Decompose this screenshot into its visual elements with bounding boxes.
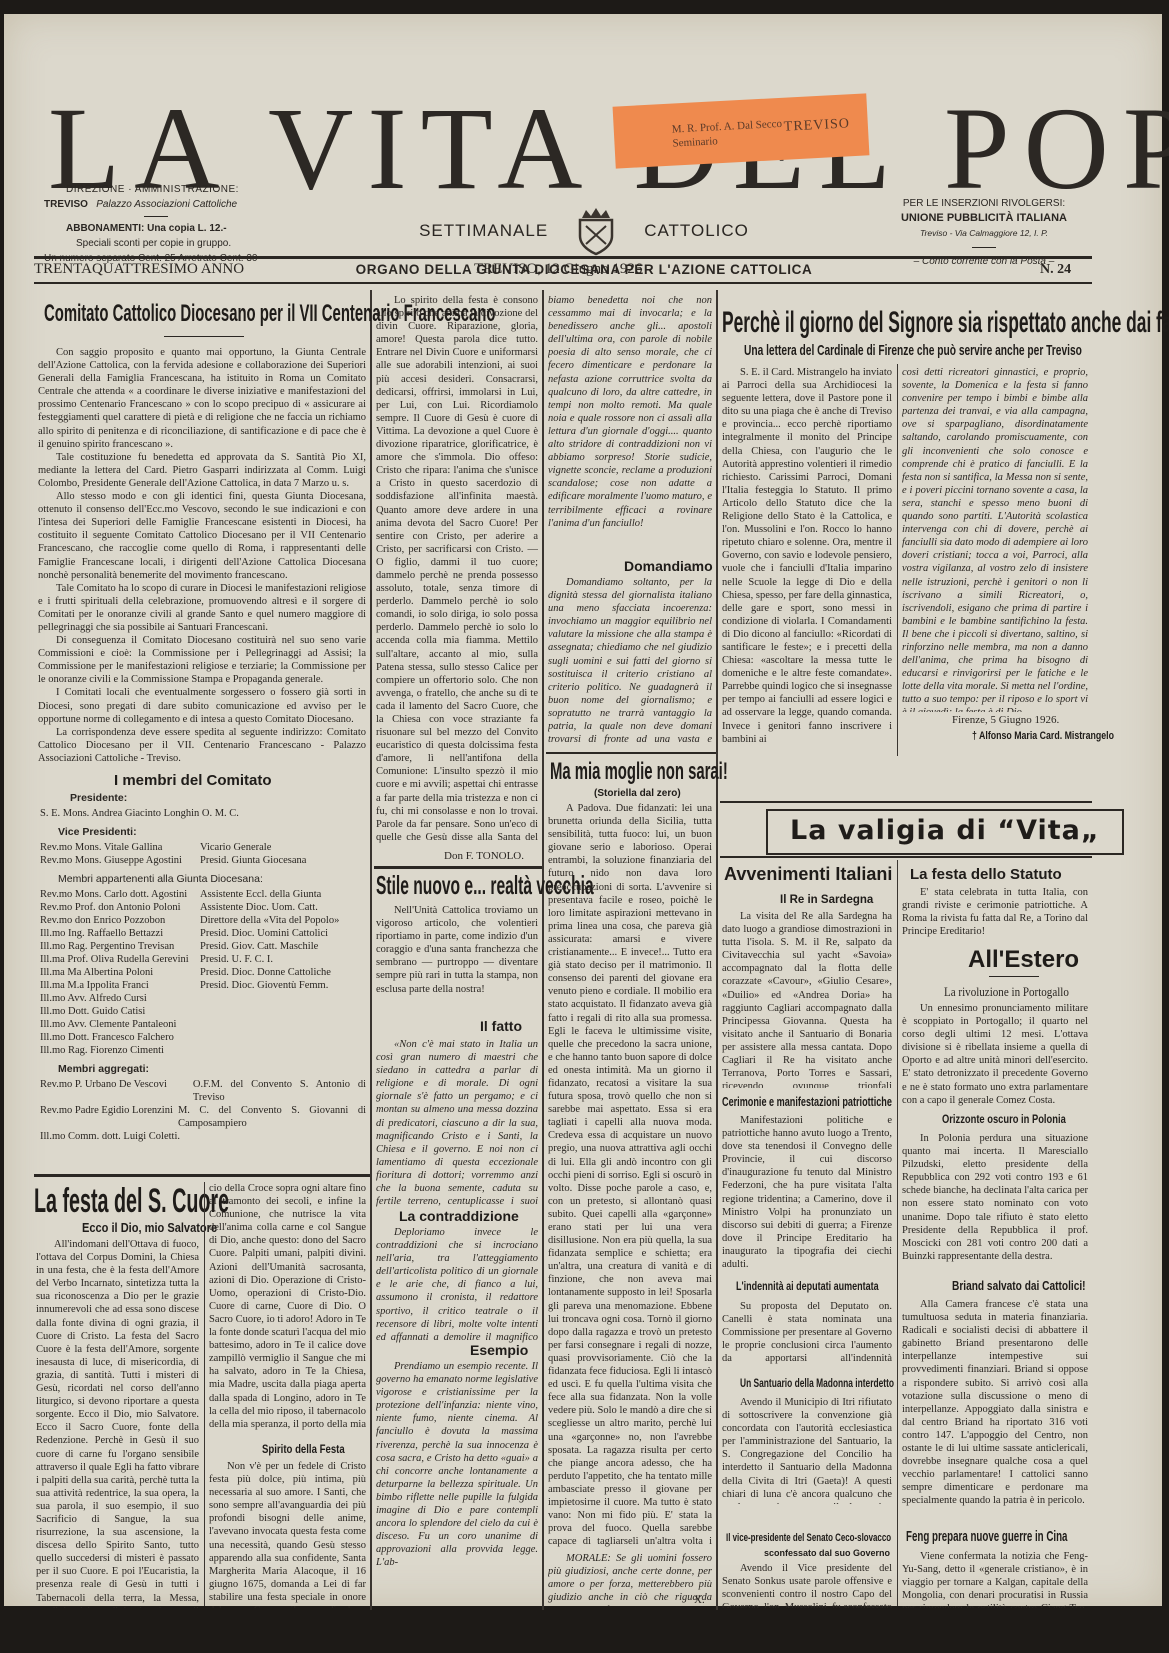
- paragraph: Nell'Unità Cattolica troviamo un vigoros…: [376, 904, 538, 996]
- spirito-body: Non v'è per un fedele di Cristo festa pi…: [209, 1460, 366, 1608]
- member-name: Ill.ma Ma Albertina Poloni: [40, 966, 200, 979]
- valigia-title: La valigia di “Vita„: [790, 815, 1100, 846]
- subtitle-settimanale: SETTIMANALE: [419, 221, 548, 241]
- giorno-signore-col1: S. E. il Card. Mistrangelo ha inviato ai…: [722, 366, 892, 756]
- member-role: Presid. Dioc. Uomini Cattolici: [200, 927, 328, 940]
- issue-date: TREVISO, 12 Giugno 1926: [474, 261, 642, 278]
- contraddizione-title: La contraddizione: [399, 1208, 519, 1224]
- direzione-city: TREVISO: [44, 199, 88, 210]
- paragraph: Lo spirito della festa è consono allo sp…: [376, 294, 538, 844]
- indennita-body: Su proposta del Deputato on. Canelli è s…: [722, 1300, 892, 1366]
- column-rule: [716, 290, 718, 1610]
- column-rule: [204, 1182, 205, 1606]
- re-body: La visita del Re alla Sardegna ha dato l…: [722, 910, 892, 1088]
- member-role: O.F.M. del Convento S. Antonio di Trevis…: [193, 1078, 366, 1104]
- year-label: TRENTAQUATTRESIMO ANNO: [34, 261, 244, 278]
- paragraph: S. E. il Card. Mistrangelo ha inviato ai…: [722, 366, 892, 746]
- member-name: Ill.mo Comm. dott. Luigi Coletti.: [40, 1130, 200, 1143]
- paragraph: Un ennesimo pronunciamento militare è sc…: [902, 1002, 1088, 1106]
- address-label-institution: Seminario: [672, 135, 718, 149]
- paragraph: A Padova. Due fidanzati: lei una brunett…: [548, 802, 712, 1550]
- portogallo-body: Un ennesimo pronunciamento militare è sc…: [902, 1002, 1088, 1106]
- crest-with-crown-icon: [574, 206, 618, 256]
- member-row: Ill.ma Prof. Oliva Rudella GereviniPresi…: [40, 953, 366, 966]
- member-role: Presid. Giunta Giocesana: [200, 854, 306, 867]
- paragraph: biamo benedetta noi che non cessammo mai…: [548, 294, 712, 530]
- member-row: Ill.ma Ma Albertina PoloniPresid. Dioc. …: [40, 966, 366, 979]
- esempio-title: Esempio: [470, 1342, 528, 1358]
- feng-title: Feng prepara nuove guerre in Cina: [906, 1528, 1067, 1545]
- section-rule: [374, 866, 542, 869]
- vice-subtitle: sconfessato dal suo Governo: [764, 1548, 890, 1558]
- subtitle-cattolico: CATTOLICO: [644, 221, 749, 241]
- sacro-cuore-col1: All'indomani dell'Ottava di fuoco, l'ott…: [36, 1238, 199, 1608]
- vice-label: Vice Presidenti:: [40, 826, 366, 839]
- member-role: Vicario Generale: [200, 841, 271, 854]
- header-left-info: DIREZIONE · AMMINISTRAZIONE: TREVISO Pal…: [44, 182, 259, 266]
- paragraph: Tale costituzione fu benedetta ed approv…: [38, 451, 366, 490]
- fatto-body: «Non c'è mai stato in Italia un così gra…: [376, 1038, 538, 1208]
- member-role: Presid. Dioc. Gioventù Femm.: [200, 979, 328, 992]
- indennita-title: L'indennità ai deputati aumentata: [736, 1279, 879, 1293]
- sacro-cuore-col2: cio della Croce sopra ogni altare fino a…: [209, 1182, 366, 1432]
- member-row: Ill.mo Ing. Raffaello BettazziPresid. Di…: [40, 927, 366, 940]
- direzione-street: Palazzo Associazioni Cattoliche: [96, 199, 237, 210]
- member-row: Rev.mo Mons. Vitale GallinaVicario Gener…: [40, 841, 366, 854]
- presidente-name: S. E. Mons. Andrea Giacinto Longhin O. M…: [40, 807, 366, 820]
- member-row: Ill.mo Dott. Francesco Falchero: [40, 1031, 366, 1044]
- paragraph: La visita del Re alla Sardegna ha dato l…: [722, 910, 892, 1088]
- fatto-title: Il fatto: [480, 1018, 522, 1034]
- paragraph: Con saggio proposito e quanto mai opport…: [38, 346, 366, 451]
- section-rule: [720, 856, 1092, 858]
- paragraph: MORALE: Se gli uomini fossero più giudiz…: [548, 1552, 712, 1606]
- estero-title: All'Estero: [968, 946, 1079, 974]
- member-row: Rev.mo don Enrico PozzobonDirettore dell…: [40, 914, 366, 927]
- member-role: Assistente Eccl. della Giunta: [200, 888, 321, 901]
- dateline-rule: [34, 282, 1092, 284]
- paragraph: Di conseguenza il Comitato Diocesano cos…: [38, 634, 366, 686]
- member-row: Rev.mo P. Urbano De VescoviO.F.M. del Co…: [40, 1078, 366, 1104]
- column-rule: [897, 860, 898, 1606]
- domandiamo-title: Domandiamo: [624, 558, 713, 574]
- esempio-body: Prendiamo un esempio recente. Il governo…: [376, 1360, 538, 1608]
- member-name: Rev.mo Mons. Carlo dott. Agostini: [40, 888, 200, 901]
- member-row: Ill.mo Rag. Pergentino TrevisanPresid. G…: [40, 940, 366, 953]
- re-title: Il Re in Sardegna: [780, 894, 873, 906]
- paragraph: Alla Camera francese c'è stata una tumul…: [902, 1298, 1088, 1508]
- sacro-cuore-subtitle: Ecco il Dio, mio Salvatore: [82, 1220, 217, 1235]
- member-row: Ill.mo Dott. Guido Catisi: [40, 1005, 366, 1018]
- polonia-body: In Polonia perdura una situazione quanto…: [902, 1132, 1088, 1262]
- briand-body: Alla Camera francese c'è stata una tumul…: [902, 1298, 1088, 1520]
- paragraph: Avendo il Municipio di Itri rifiutato di…: [722, 1396, 892, 1504]
- comitato-body: Con saggio proposito e quanto mai opport…: [38, 346, 366, 766]
- paragraph: E' stata celebrata in tutta Italia, con …: [902, 886, 1088, 938]
- column-rule: [897, 364, 898, 756]
- inserzioni-label: PER LE INSERZIONI RIVOLGERSI:: [884, 196, 1084, 211]
- address-label: M. R. Prof. A. Dal Secco Seminario TREVI…: [613, 93, 870, 168]
- sacro-cuore-title: La festa del S. Cuore: [34, 1182, 229, 1221]
- cerimonie-body: Manifestazioni politiche e patriottiche …: [722, 1114, 892, 1272]
- aggregati-list: Rev.mo P. Urbano De VescoviO.F.M. del Co…: [40, 1078, 366, 1143]
- spirito-title: Spirito della Festa: [262, 1442, 345, 1456]
- vice-body: Avendo il Vice presidente del Senato Son…: [722, 1562, 892, 1608]
- sconti: Speciali sconti per copie in gruppo.: [44, 236, 259, 251]
- domandiamo-body: Domandiamo soltanto, per la dignità stes…: [548, 576, 712, 748]
- member-row: Rev.mo Mons. Giuseppe AgostiniPresid. Gi…: [40, 854, 366, 867]
- portogallo-title: La rivoluzione in Portogallo: [944, 984, 1069, 1000]
- moglie-subtitle: (Storiella dal zero): [594, 788, 681, 799]
- contraddizione-body: Deploriamo invece le contraddizioni che …: [376, 1226, 538, 1344]
- feng-body: Viene confermata la notizia che Feng-Yu-…: [902, 1550, 1088, 1608]
- paragraph: Viene confermata la notizia che Feng-Yu-…: [902, 1550, 1088, 1608]
- divider: [164, 336, 244, 337]
- presidente-label: Presidente:: [40, 792, 366, 805]
- member-name: Rev.mo Padre Egidio Lorenzini: [40, 1104, 178, 1130]
- member-name: Ill.mo Dott. Francesco Falchero: [40, 1031, 200, 1044]
- paragraph: La corrispondenza deve essere spedita al…: [38, 726, 366, 765]
- member-name: Ill.mo Avv. Alfredo Cursi: [40, 992, 200, 1005]
- divider: [989, 976, 1039, 977]
- abbonamenti: ABBONAMENTI: Una copia L. 12.-: [44, 221, 259, 236]
- member-name: Ill.ma Prof. Oliva Rudella Gerevini: [40, 953, 200, 966]
- statuto-body: E' stata celebrata in tutta Italia, con …: [902, 886, 1088, 944]
- col3-signature: Don F. TONOLO.: [444, 850, 524, 862]
- column-rule: [370, 290, 372, 1610]
- stile-intro: Nell'Unità Cattolica troviamo un vigoros…: [376, 904, 538, 1016]
- direzione-address: TREVISO Palazzo Associazioni Cattoliche: [44, 197, 259, 212]
- aggregati-label: Membri aggregati:: [40, 1063, 366, 1076]
- section-rule: [720, 801, 1092, 803]
- member-row: Rev.mo Padre Egidio LorenziniM. C. del C…: [40, 1104, 366, 1130]
- member-name: Rev.mo Mons. Vitale Gallina: [40, 841, 200, 854]
- santuario-body: Avendo il Municipio di Itri rifiutato di…: [722, 1396, 892, 1504]
- member-row: Ill.mo Avv. Alfredo Cursi: [40, 992, 366, 1005]
- paragraph: Domandiamo soltanto, per la dignità stes…: [548, 576, 712, 748]
- giorno-signore-date: Firenze, 5 Giugno 1926.: [952, 714, 1059, 726]
- statuto-title: La festa dello Statuto: [910, 866, 1062, 883]
- paragraph: Allo stesso modo e con gli identici fini…: [38, 490, 366, 582]
- vice-list: Rev.mo Mons. Vitale GallinaVicario Gener…: [40, 841, 366, 867]
- agency-address: Treviso - Via Calmaggiore 12, I. P.: [884, 226, 1084, 241]
- member-row: Ill.ma M.a Ippolita FranciPresid. Dioc. …: [40, 979, 366, 992]
- member-name: Ill.mo Rag. Fiorenzo Cimenti: [40, 1044, 200, 1057]
- member-role: Presid. Giov. Catt. Maschile: [200, 940, 318, 953]
- member-role: Direttore della «Vita del Popolo»: [200, 914, 339, 927]
- address-label-recipient: M. R. Prof. A. Dal Secco: [672, 118, 783, 136]
- paragraph: così detti ricreatori ginnastici, e prop…: [902, 366, 1088, 712]
- col4-body: biamo benedetta noi che non cessammo mai…: [548, 294, 712, 556]
- column-rule: [542, 290, 544, 1610]
- paragraph: Su proposta del Deputato on. Canelli è s…: [722, 1300, 892, 1366]
- section-rule: [34, 1174, 370, 1177]
- address-label-city: TREVISO: [783, 116, 850, 135]
- giunta-label: Membri appartenenti alla Giunta Diocesan…: [40, 873, 366, 886]
- newspaper-page: LA VITA DEL POPOLO M. R. Prof. A. Dal Se…: [4, 14, 1162, 1606]
- header-rule: [34, 256, 1092, 259]
- giorno-signore-col2: così detti ricreatori ginnastici, e prop…: [902, 366, 1088, 712]
- divider: [972, 247, 996, 248]
- member-name: Rev.mo don Enrico Pozzobon: [40, 914, 200, 927]
- paragraph: Tale Comitato ha lo scopo di curare in D…: [38, 582, 366, 634]
- section-rule: [546, 752, 716, 754]
- giorno-signore-title: Perchè il giorno del Signore sia rispett…: [722, 306, 1169, 340]
- member-name: Ill.mo Rag. Pergentino Trevisan: [40, 940, 200, 953]
- vice-title: Il vice-presidente del Senato Ceco-slova…: [726, 1532, 891, 1544]
- paragraph: In Polonia perdura una situazione quanto…: [902, 1132, 1088, 1262]
- italiani-title: Avvenimenti Italiani: [724, 864, 892, 885]
- agency-name: UNIONE PUBBLICITÀ ITALIANA: [884, 211, 1084, 226]
- paragraph: «Non c'è mai stato in Italia un così gra…: [376, 1038, 538, 1208]
- paragraph: All'indomani dell'Ottava di fuoco, l'ott…: [36, 1238, 199, 1608]
- moglie-body: A Padova. Due fidanzati: lei una brunett…: [548, 802, 712, 1550]
- giorno-signore-subtitle: Una lettera del Cardinale di Firenze che…: [744, 342, 1082, 359]
- member-row: Ill.mo Comm. dott. Luigi Coletti.: [40, 1130, 366, 1143]
- polonia-title: Orizzonte oscuro in Polonia: [942, 1112, 1066, 1126]
- member-name: Rev.mo P. Urbano De Vescovi: [40, 1078, 193, 1104]
- member-role: M. C. del Convento S. Giovanni di Campos…: [178, 1104, 366, 1130]
- paragraph: Manifestazioni politiche e patriottiche …: [722, 1114, 892, 1271]
- member-row: Ill.mo Rag. Fiorenzo Cimenti: [40, 1044, 366, 1057]
- members-title: I membri del Comitato: [114, 772, 272, 789]
- moglie-morale: MORALE: Se gli uomini fossero più giudiz…: [548, 1552, 712, 1606]
- paragraph: Avendo il Vice presidente del Senato Son…: [722, 1562, 892, 1608]
- issue-number: N. 24: [1040, 262, 1071, 278]
- member-role: Assistente Dioc. Uom. Catt.: [200, 901, 318, 914]
- member-role: Presid. U. F. C. I.: [200, 953, 273, 966]
- paragraph: cio della Croce sopra ogni altare fino a…: [209, 1182, 366, 1432]
- member-role: Presid. Dioc. Donne Cattoliche: [200, 966, 331, 979]
- valigia-box: La valigia di “Vita„: [766, 809, 1124, 855]
- direzione-label: DIREZIONE · AMMINISTRAZIONE:: [44, 182, 259, 197]
- member-name: Ill.mo Ing. Raffaello Bettazzi: [40, 927, 200, 940]
- member-name: Rev.mo Prof. don Antonio Poloni: [40, 901, 200, 914]
- cerimonie-title: Cerimonie e manifestazioni patriottiche: [722, 1094, 892, 1109]
- briand-title: Briand salvato dai Cattolici!: [952, 1278, 1086, 1293]
- members-list: Presidente: S. E. Mons. Andrea Giacinto …: [40, 792, 366, 1172]
- giorno-signore-signature: † Alfonso Maria Card. Mistrangelo: [972, 730, 1114, 742]
- member-name: Ill.ma M.a Ippolita Franci: [40, 979, 200, 992]
- member-name: Rev.mo Mons. Giuseppe Agostini: [40, 854, 200, 867]
- member-row: Rev.mo Prof. don Antonio PoloniAssistent…: [40, 901, 366, 914]
- paragraph: I Comitati locali che eventualmente sorg…: [38, 686, 366, 725]
- col3-body: Lo spirito della festa è consono allo sp…: [376, 294, 538, 844]
- moglie-signature: X.: [694, 1594, 705, 1606]
- member-row: Ill.mo Avv. Clemente Pantaleoni: [40, 1018, 366, 1031]
- member-name: Ill.mo Avv. Clemente Pantaleoni: [40, 1018, 200, 1031]
- paragraph: Prendiamo un esempio recente. Il governo…: [376, 1360, 538, 1570]
- paragraph: Non v'è per un fedele di Cristo festa pi…: [209, 1460, 366, 1608]
- member-name: Ill.mo Dott. Guido Catisi: [40, 1005, 200, 1018]
- paragraph: Deploriamo invece le contraddizioni che …: [376, 1226, 538, 1344]
- divider: [144, 216, 168, 217]
- santuario-title: Un Santuario della Madonna interdetto: [740, 1376, 894, 1390]
- moglie-title: Ma mia moglie non sarai!: [550, 758, 728, 786]
- giunta-list: Rev.mo Mons. Carlo dott. AgostiniAssiste…: [40, 888, 366, 1057]
- member-row: Rev.mo Mons. Carlo dott. AgostiniAssiste…: [40, 888, 366, 901]
